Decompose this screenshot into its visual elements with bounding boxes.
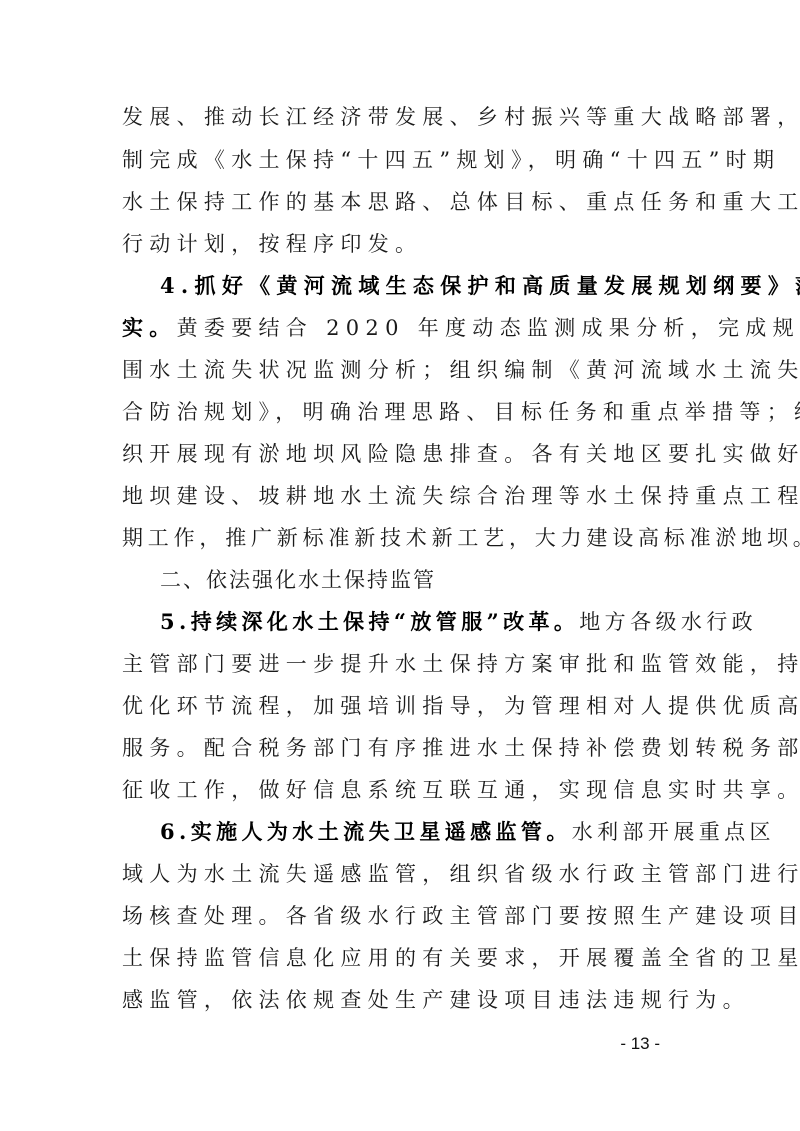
body-text: 感监管，依法依规查处生产建设项目违法违规行为。 bbox=[122, 988, 750, 1012]
body-text: 期工作，推广新标准新技术新工艺，大力建设高标准淤地坝。 bbox=[122, 526, 800, 550]
text-line: 土保持监管信息化应用的有关要求，开展覆盖全省的卫星遥 bbox=[122, 937, 682, 979]
body-text: 黄委要结合 2020 年度动态监测成果分析，完成规划范 bbox=[177, 316, 800, 340]
body-text: 地方各级水行政 bbox=[579, 610, 757, 634]
text-line: 地坝建设、坡耕地水土流失综合治理等水土保持重点工程前 bbox=[122, 475, 682, 517]
text-line: 制完成《水土保持“十四五”规划》，明确“十四五”时期 bbox=[122, 139, 682, 181]
body-text: 域人为水土流失遥感监管，组织省级水行政主管部门进行现 bbox=[122, 862, 800, 886]
body-text: 二、依法强化水土保持监管 bbox=[160, 568, 436, 592]
text-line: 合防治规划》，明确治理思路、目标任务和重点举措等；组 bbox=[122, 391, 682, 433]
body-text: 围水土流失状况监测分析；组织编制《黄河流域水土流失综 bbox=[122, 358, 800, 382]
body-text: 主管部门要进一步提升水土保持方案审批和监管效能，持续 bbox=[122, 652, 800, 676]
body-text: 征收工作，做好信息系统互联互通，实现信息实时共享。 bbox=[122, 778, 800, 802]
body-text: 发展、推动长江经济带发展、乡村振兴等重大战略部署，编 bbox=[122, 105, 800, 129]
body-text: 织开展现有淤地坝风险隐患排查。各有关地区要扎实做好淤 bbox=[122, 442, 800, 466]
text-line: 感监管，依法依规查处生产建设项目违法违规行为。 bbox=[122, 979, 682, 1021]
text-line: 期工作，推广新标准新技术新工艺，大力建设高标准淤地坝。 bbox=[122, 517, 682, 559]
document-page: 发展、推动长江经济带发展、乡村振兴等重大战略部署，编 制完成《水土保持“十四五”… bbox=[0, 0, 800, 1131]
text-line: 域人为水土流失遥感监管，组织省级水行政主管部门进行现 bbox=[122, 853, 682, 895]
bold-text: 4.抓好《黄河流域生态保护和高质量发展规划纲要》落 bbox=[160, 273, 800, 298]
text-line: 实。黄委要结合 2020 年度动态监测成果分析，完成规划范 bbox=[122, 307, 682, 349]
text-line: 围水土流失状况监测分析；组织编制《黄河流域水土流失综 bbox=[122, 349, 682, 391]
section-heading-5: 5.持续深化水土保持“放管服”改革。地方各级水行政 bbox=[160, 601, 720, 643]
bold-text: 实。 bbox=[122, 315, 177, 340]
section-heading-4: 4.抓好《黄河流域生态保护和高质量发展规划纲要》落 bbox=[160, 265, 720, 307]
body-text: 水土保持工作的基本思路、总体目标、重点任务和重大工程 bbox=[122, 190, 800, 214]
text-line: 主管部门要进一步提升水土保持方案审批和监管效能，持续 bbox=[122, 643, 682, 685]
body-text: 制完成《水土保持“十四五”规划》，明确“十四五”时期 bbox=[122, 148, 780, 172]
body-text: 合防治规划》，明确治理思路、目标任务和重点举措等；组 bbox=[122, 400, 800, 424]
body-text: 地坝建设、坡耕地水土流失综合治理等水土保持重点工程前 bbox=[122, 484, 800, 508]
text-line: 优化环节流程，加强培训指导，为管理相对人提供优质高效 bbox=[122, 685, 682, 727]
text-line: 行动计划，按程序印发。 bbox=[122, 223, 682, 265]
bold-text: 6.实施人为水土流失卫星遥感监管。 bbox=[160, 819, 572, 844]
text-line: 征收工作，做好信息系统互联互通，实现信息实时共享。 bbox=[122, 769, 682, 811]
page-number: - 13 - bbox=[0, 1034, 660, 1054]
body-text: 土保持监管信息化应用的有关要求，开展覆盖全省的卫星遥 bbox=[122, 946, 800, 970]
section-heading-6: 6.实施人为水土流失卫星遥感监管。水利部开展重点区 bbox=[160, 811, 720, 853]
chapter-heading-2: 二、依法强化水土保持监管 bbox=[160, 559, 720, 601]
text-line: 服务。配合税务部门有序推进水土保持补偿费划转税务部门 bbox=[122, 727, 682, 769]
text-line: 水土保持工作的基本思路、总体目标、重点任务和重大工程 bbox=[122, 181, 682, 223]
text-line: 发展、推动长江经济带发展、乡村振兴等重大战略部署，编 bbox=[122, 96, 682, 138]
text-line: 织开展现有淤地坝风险隐患排查。各有关地区要扎实做好淤 bbox=[122, 433, 682, 475]
body-text: 水利部开展重点区 bbox=[572, 820, 775, 844]
text-line: 场核查处理。各省级水行政主管部门要按照生产建设项目水 bbox=[122, 895, 682, 937]
body-text: 服务。配合税务部门有序推进水土保持补偿费划转税务部门 bbox=[122, 736, 800, 760]
body-text: 行动计划，按程序印发。 bbox=[122, 232, 422, 256]
body-text: 优化环节流程，加强培训指导，为管理相对人提供优质高效 bbox=[122, 694, 800, 718]
bold-text: 5.持续深化水土保持“放管服”改革。 bbox=[160, 609, 579, 634]
body-text: 场核查处理。各省级水行政主管部门要按照生产建设项目水 bbox=[122, 904, 800, 928]
